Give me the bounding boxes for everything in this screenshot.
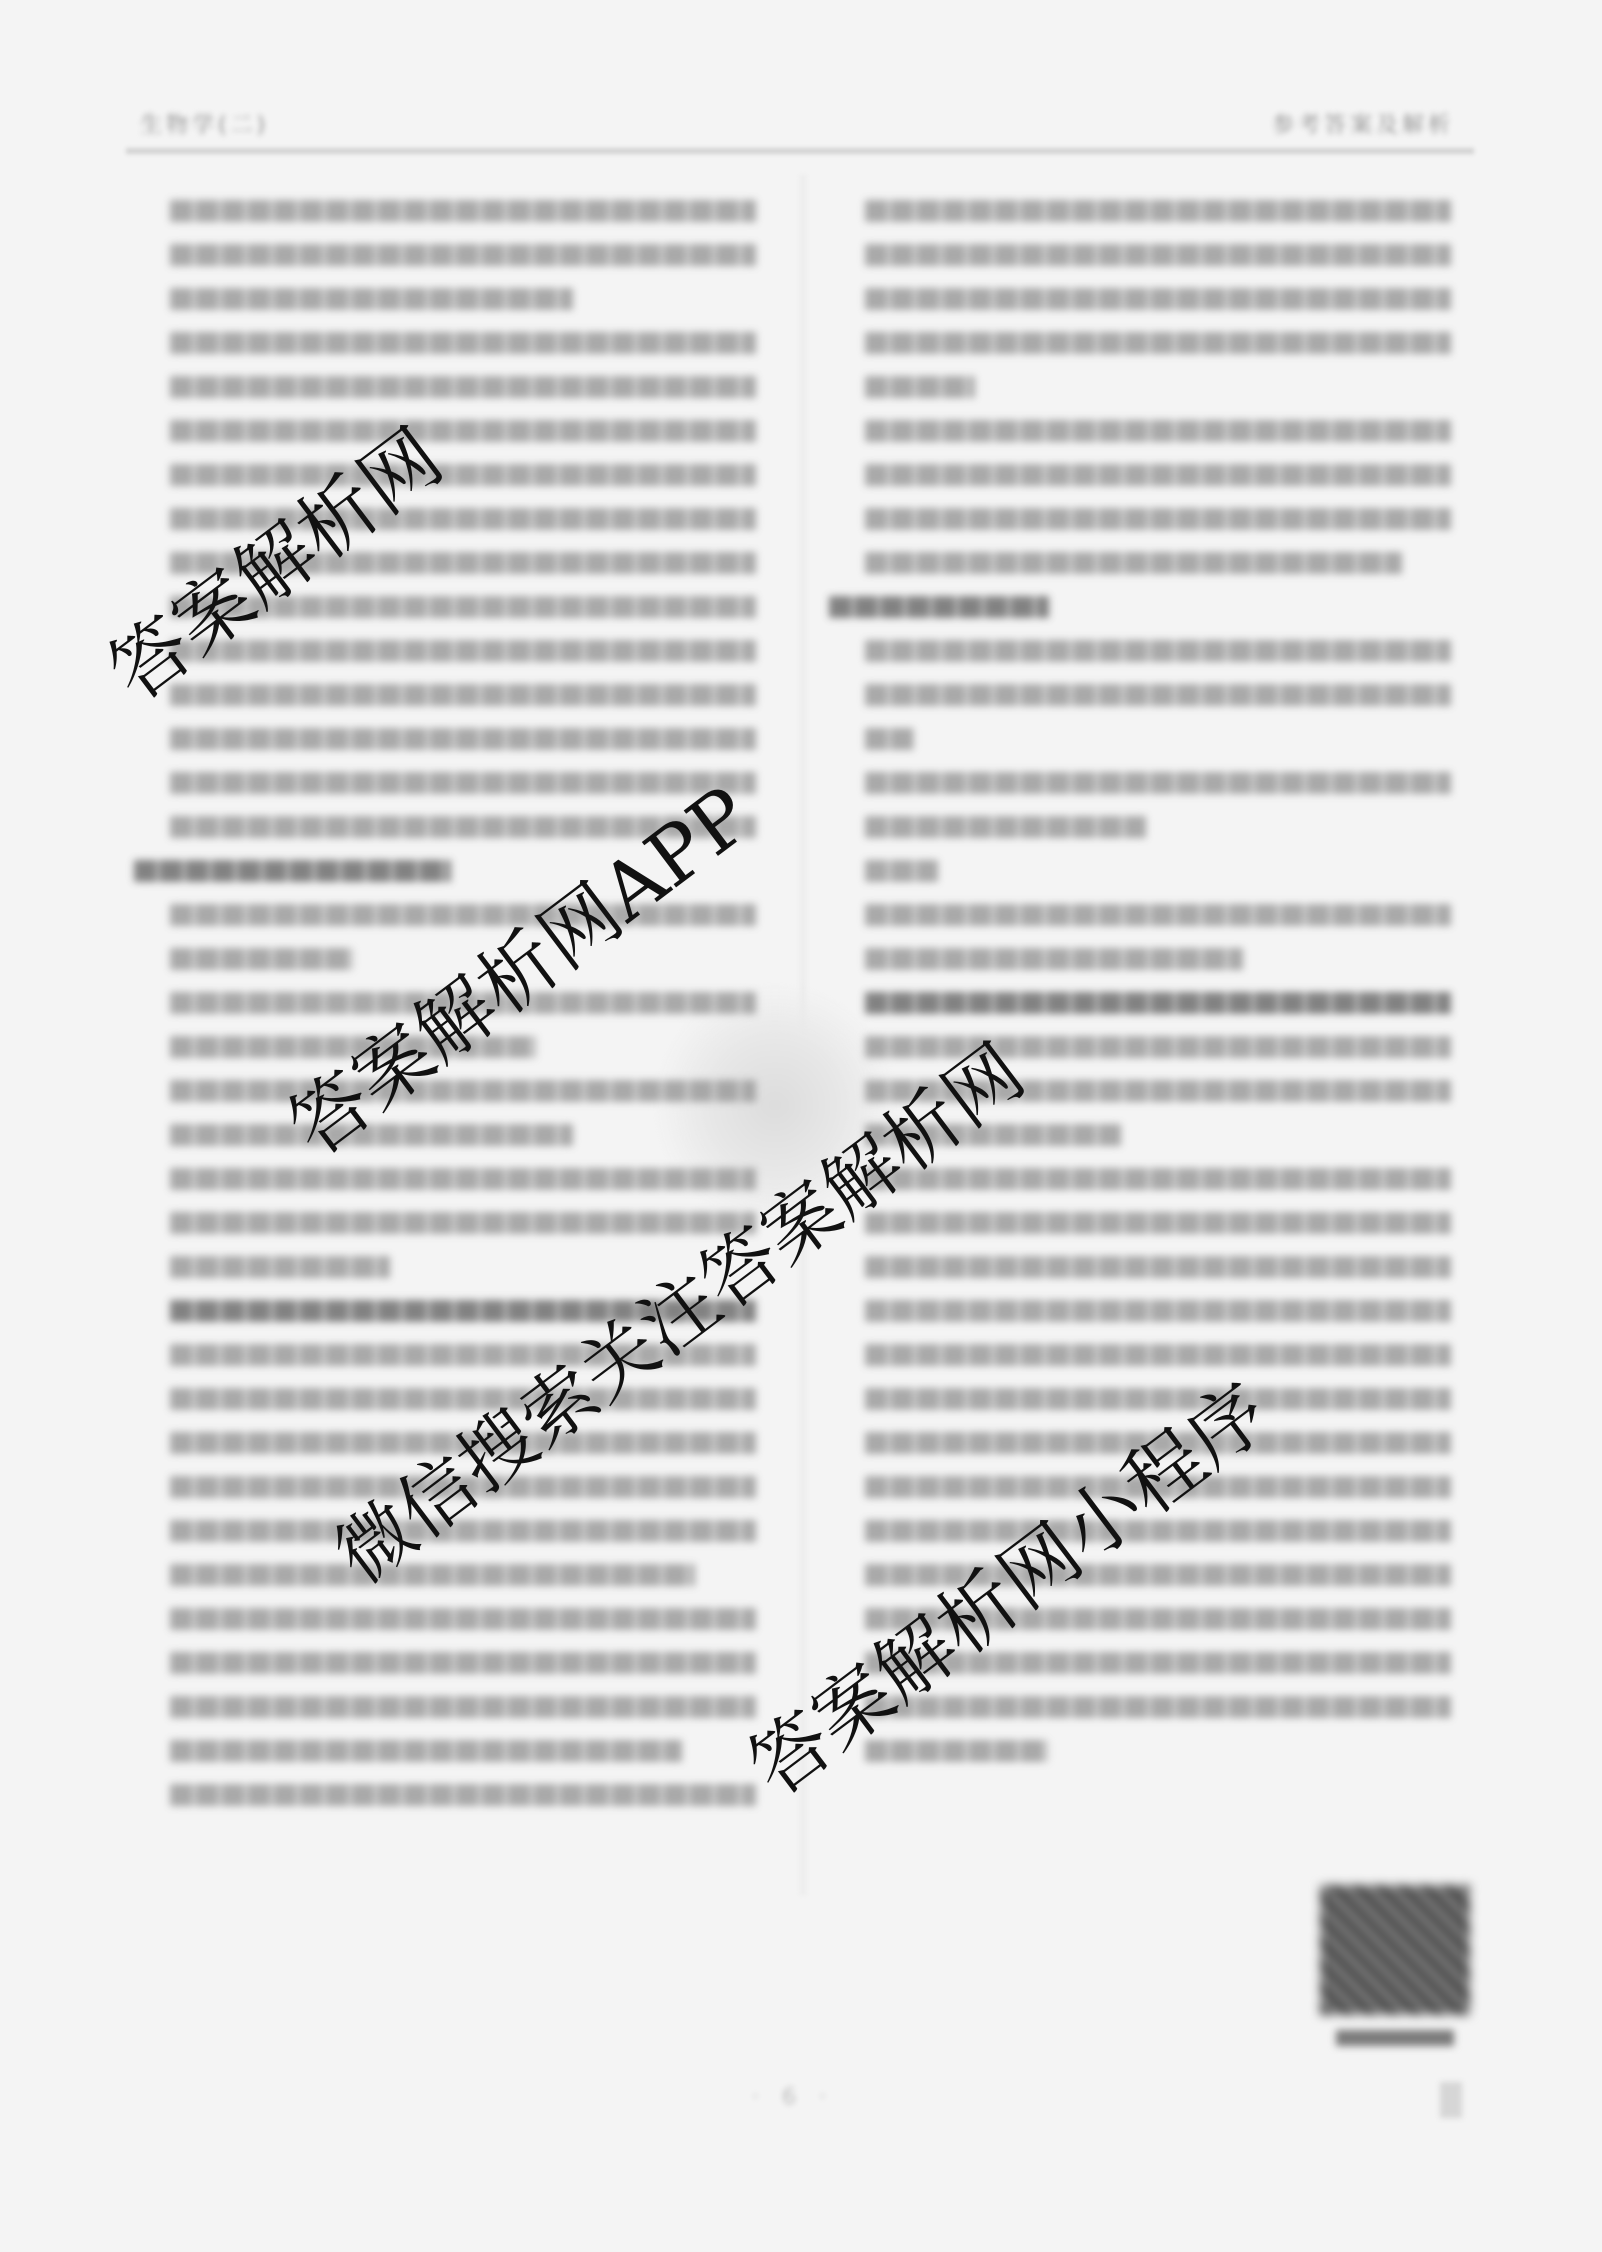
blurred-text xyxy=(170,596,756,618)
blurred-text xyxy=(170,816,756,838)
blurred-text-line xyxy=(170,1510,780,1554)
blurred-text xyxy=(865,948,1243,970)
blurred-text-line xyxy=(170,850,780,894)
blurred-text xyxy=(829,596,1049,618)
blurred-text xyxy=(865,728,914,750)
blurred-text xyxy=(170,684,756,706)
blurred-text-line xyxy=(865,278,1475,322)
blurred-text xyxy=(865,1168,1451,1190)
blurred-text-line xyxy=(865,542,1475,586)
blurred-text-line xyxy=(170,1246,780,1290)
blurred-text xyxy=(170,288,573,310)
blurred-text-line xyxy=(865,938,1475,982)
blurred-text xyxy=(170,1080,756,1102)
blurred-text xyxy=(170,1476,756,1498)
blurred-text xyxy=(865,552,1402,574)
blurred-text-line xyxy=(170,718,780,762)
blurred-text-line xyxy=(865,762,1475,806)
blurred-text-line xyxy=(170,1730,780,1774)
blurred-text-line xyxy=(865,366,1475,410)
corner-mark xyxy=(1440,2082,1462,2118)
blurred-text xyxy=(134,860,451,882)
blurred-text xyxy=(865,1036,1451,1058)
blurred-text xyxy=(865,904,1451,926)
blurred-text xyxy=(865,1696,1451,1718)
blurred-text-line xyxy=(865,190,1475,234)
blurred-text xyxy=(865,200,1451,222)
blurred-text xyxy=(865,1608,1451,1630)
blurred-text xyxy=(170,1696,756,1718)
blurred-text-line xyxy=(865,1466,1475,1510)
blurred-text-line xyxy=(865,1730,1475,1774)
blurred-text-line xyxy=(865,1642,1475,1686)
blurred-text-line xyxy=(865,234,1475,278)
blurred-text xyxy=(170,1432,756,1454)
blurred-text-line xyxy=(170,1290,780,1334)
blurred-text xyxy=(170,244,756,266)
blurred-text xyxy=(170,948,353,970)
blurred-text xyxy=(865,1520,1451,1542)
blurred-text xyxy=(865,1432,1451,1454)
blurred-text-line xyxy=(865,1070,1475,1114)
blurred-text xyxy=(865,376,975,398)
blurred-text-line xyxy=(170,278,780,322)
blurred-text xyxy=(865,1740,1048,1762)
blurred-text-line xyxy=(865,806,1475,850)
blurred-text xyxy=(865,1212,1451,1234)
blurred-text-line xyxy=(170,1334,780,1378)
blurred-text-line xyxy=(170,1378,780,1422)
blurred-text xyxy=(865,508,1451,530)
blurred-text-line xyxy=(170,674,780,718)
running-header-section: 参考答案及解析 xyxy=(1272,108,1454,138)
blurred-text-line xyxy=(865,850,1475,894)
blurred-text-line xyxy=(865,1158,1475,1202)
blurred-text-line xyxy=(170,806,780,850)
running-header-subject: 生物学(二) xyxy=(140,108,269,138)
blurred-text xyxy=(170,552,756,574)
blurred-text xyxy=(170,1784,756,1806)
blurred-text-line xyxy=(865,1554,1475,1598)
blurred-text xyxy=(865,1344,1451,1366)
blurred-text-line xyxy=(170,1114,780,1158)
blurred-text xyxy=(865,992,1451,1014)
right-text-column xyxy=(865,190,1475,1774)
blurred-text xyxy=(865,464,1451,486)
blurred-text xyxy=(170,332,756,354)
blurred-text-line xyxy=(170,1158,780,1202)
blurred-text-line xyxy=(170,1466,780,1510)
left-text-column xyxy=(170,190,780,1818)
blurred-text-line xyxy=(170,1554,780,1598)
blurred-text-line xyxy=(865,1422,1475,1466)
blurred-text xyxy=(865,816,1146,838)
blurred-text-line xyxy=(170,630,780,674)
blurred-text-line xyxy=(170,586,780,630)
blurred-text-line xyxy=(865,1686,1475,1730)
blurred-text xyxy=(170,376,756,398)
blurred-text xyxy=(865,684,1451,706)
blurred-text xyxy=(865,1564,1451,1586)
blurred-text-line xyxy=(865,630,1475,674)
blurred-text xyxy=(170,640,756,662)
blurred-text-line xyxy=(865,1246,1475,1290)
blurred-text-line xyxy=(170,498,780,542)
blurred-text-line xyxy=(170,454,780,498)
blurred-text xyxy=(170,508,756,530)
blurred-text-line xyxy=(865,894,1475,938)
blurred-text-line xyxy=(865,410,1475,454)
blurred-text xyxy=(170,728,756,750)
blurred-text-line xyxy=(865,1290,1475,1334)
blurred-text-line xyxy=(170,234,780,278)
page-number: · 6 · xyxy=(752,2085,834,2110)
blurred-text xyxy=(170,200,756,222)
blurred-text-line xyxy=(170,410,780,454)
blurred-text xyxy=(170,992,756,1014)
blurred-text-line xyxy=(865,982,1475,1026)
blurred-text-line xyxy=(170,1686,780,1730)
blurred-text-line xyxy=(865,1202,1475,1246)
qr-code-caption xyxy=(1336,2030,1454,2046)
blurred-text-line xyxy=(865,1334,1475,1378)
blurred-text-line xyxy=(170,542,780,586)
blurred-text xyxy=(170,1740,682,1762)
blurred-text xyxy=(170,1520,756,1542)
blurred-text xyxy=(170,1256,390,1278)
blurred-text-line xyxy=(170,366,780,410)
blurred-text-line xyxy=(170,982,780,1026)
blurred-text xyxy=(865,1476,1451,1498)
blurred-text xyxy=(865,420,1451,442)
blurred-text-line xyxy=(865,1026,1475,1070)
blurred-text xyxy=(865,1080,1451,1102)
blurred-text-line xyxy=(865,1378,1475,1422)
blurred-text xyxy=(170,1036,536,1058)
blurred-text xyxy=(170,904,756,926)
blurred-text-line xyxy=(170,762,780,806)
blurred-text xyxy=(170,1168,756,1190)
blurred-text xyxy=(170,1124,573,1146)
blurred-text-line xyxy=(865,1114,1475,1158)
blurred-text-line xyxy=(170,322,780,366)
blurred-text xyxy=(170,1608,756,1630)
blurred-text xyxy=(865,1300,1451,1322)
blurred-text xyxy=(865,1124,1121,1146)
blurred-text-line xyxy=(865,1598,1475,1642)
header-divider xyxy=(126,148,1474,154)
blurred-text xyxy=(865,332,1451,354)
blurred-text xyxy=(865,288,1451,310)
blurred-text-line xyxy=(170,1070,780,1114)
blurred-text xyxy=(170,1388,756,1410)
blurred-text-line xyxy=(170,1642,780,1686)
blurred-text-line xyxy=(865,586,1475,630)
blurred-text xyxy=(865,640,1451,662)
blurred-text-line xyxy=(865,1510,1475,1554)
blurred-text xyxy=(170,420,756,442)
blurred-text xyxy=(170,772,756,794)
blurred-text xyxy=(170,464,756,486)
blurred-text xyxy=(170,1564,695,1586)
blurred-text xyxy=(865,1256,1451,1278)
blurred-text-line xyxy=(170,1202,780,1246)
blurred-text-line xyxy=(865,674,1475,718)
blurred-text xyxy=(170,1652,756,1674)
blurred-text-line xyxy=(170,938,780,982)
blurred-text-line xyxy=(170,1026,780,1070)
blurred-text-line xyxy=(865,454,1475,498)
blurred-text xyxy=(865,1388,1451,1410)
blurred-text-line xyxy=(170,190,780,234)
blurred-text-line xyxy=(865,322,1475,366)
blurred-text-line xyxy=(865,718,1475,762)
blurred-text-line xyxy=(170,894,780,938)
blurred-text-line xyxy=(865,498,1475,542)
blurred-text-line xyxy=(170,1598,780,1642)
blurred-text xyxy=(170,1212,756,1234)
blurred-text xyxy=(865,244,1451,266)
blurred-text xyxy=(170,1344,756,1366)
blurred-text xyxy=(865,772,1451,794)
blurred-text xyxy=(170,1300,756,1322)
blurred-text-line xyxy=(170,1422,780,1466)
blurred-text-line xyxy=(170,1774,780,1818)
blurred-text xyxy=(865,1652,1451,1674)
qr-code-image xyxy=(1320,1885,1470,2015)
blurred-text xyxy=(865,860,938,882)
